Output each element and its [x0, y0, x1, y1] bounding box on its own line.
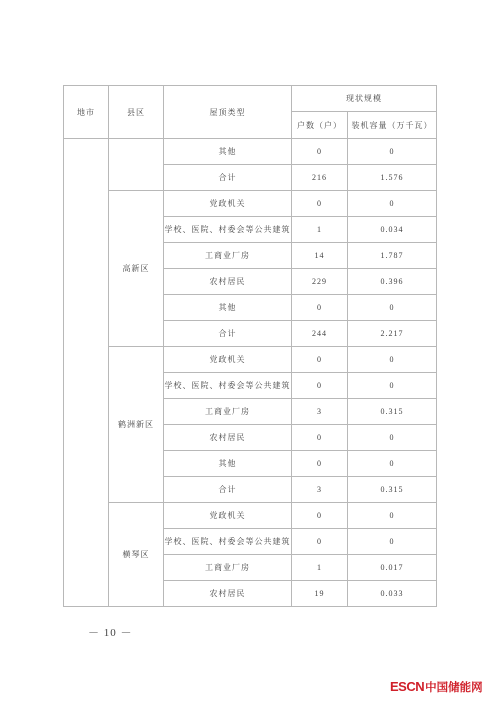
roof-type-cell: 合计 — [164, 321, 292, 347]
capacity-cell: 0 — [348, 139, 437, 165]
households-cell: 244 — [292, 321, 348, 347]
watermark-logo: ESCN中国储能网 — [390, 679, 483, 695]
roof-type-cell: 学校、医院、村委会等公共建筑 — [164, 373, 292, 399]
households-cell: 0 — [292, 373, 348, 399]
capacity-cell: 0 — [348, 373, 437, 399]
roof-type-cell: 党政机关 — [164, 191, 292, 217]
roof-type-cell: 农村居民 — [164, 581, 292, 607]
households-cell: 229 — [292, 269, 348, 295]
county-cell: 鹤洲新区 — [109, 347, 164, 503]
roof-type-cell: 学校、医院、村委会等公共建筑 — [164, 217, 292, 243]
households-cell: 0 — [292, 295, 348, 321]
county-cell: 横琴区 — [109, 503, 164, 607]
capacity-cell: 1.576 — [348, 165, 437, 191]
capacity-cell: 2.217 — [348, 321, 437, 347]
table-row: 鹤洲新区 党政机关 0 0 — [64, 347, 437, 373]
households-cell: 0 — [292, 347, 348, 373]
county-cell: 高新区 — [109, 191, 164, 347]
table-row: 横琴区 党政机关 0 0 — [64, 503, 437, 529]
capacity-cell: 0 — [348, 191, 437, 217]
roof-type-cell: 合计 — [164, 165, 292, 191]
capacity-cell: 0 — [348, 451, 437, 477]
capacity-cell: 0.315 — [348, 477, 437, 503]
roof-type-cell: 工商业厂房 — [164, 399, 292, 425]
households-cell: 1 — [292, 555, 348, 581]
roof-type-cell: 农村居民 — [164, 425, 292, 451]
page-number: － 10 － — [88, 624, 133, 640]
roof-type-cell: 学校、医院、村委会等公共建筑 — [164, 529, 292, 555]
pv-capacity-table: 地市 县区 屋顶类型 现状规模 户数（户） 装机容量（万千瓦） 其他 0 0 合… — [63, 85, 437, 607]
header-households: 户数（户） — [292, 112, 348, 139]
households-cell: 0 — [292, 191, 348, 217]
roof-type-cell: 工商业厂房 — [164, 243, 292, 269]
header-status-scale: 现状规模 — [292, 86, 437, 112]
header-roof-type: 屋顶类型 — [164, 86, 292, 139]
capacity-cell: 0.315 — [348, 399, 437, 425]
households-cell: 1 — [292, 217, 348, 243]
watermark-site-name: 中国储能网 — [425, 682, 483, 694]
roof-type-cell: 党政机关 — [164, 503, 292, 529]
households-cell: 0 — [292, 503, 348, 529]
watermark-brand: ESCN — [390, 679, 424, 694]
table-row: 高新区 党政机关 0 0 — [64, 191, 437, 217]
households-cell: 19 — [292, 581, 348, 607]
households-cell: 0 — [292, 451, 348, 477]
city-cell — [64, 139, 109, 607]
capacity-cell: 0 — [348, 295, 437, 321]
header-city: 地市 — [64, 86, 109, 139]
households-cell: 0 — [292, 529, 348, 555]
households-cell: 216 — [292, 165, 348, 191]
households-cell: 3 — [292, 399, 348, 425]
households-cell: 14 — [292, 243, 348, 269]
capacity-cell: 0 — [348, 347, 437, 373]
document-page: 地市 县区 屋顶类型 现状规模 户数（户） 装机容量（万千瓦） 其他 0 0 合… — [0, 0, 500, 707]
roof-type-cell: 其他 — [164, 295, 292, 321]
roof-type-cell: 其他 — [164, 139, 292, 165]
roof-type-cell: 合计 — [164, 477, 292, 503]
capacity-cell: 0 — [348, 529, 437, 555]
capacity-cell: 0.034 — [348, 217, 437, 243]
households-cell: 0 — [292, 139, 348, 165]
roof-type-cell: 党政机关 — [164, 347, 292, 373]
capacity-cell: 0.033 — [348, 581, 437, 607]
header-capacity: 装机容量（万千瓦） — [348, 112, 437, 139]
capacity-cell: 0.396 — [348, 269, 437, 295]
capacity-cell: 0 — [348, 425, 437, 451]
header-county: 县区 — [109, 86, 164, 139]
households-cell: 0 — [292, 425, 348, 451]
roof-type-cell: 其他 — [164, 451, 292, 477]
roof-type-cell: 农村居民 — [164, 269, 292, 295]
header-row: 地市 县区 屋顶类型 现状规模 — [64, 86, 437, 112]
capacity-cell: 0.017 — [348, 555, 437, 581]
county-cell — [109, 139, 164, 191]
capacity-cell: 0 — [348, 503, 437, 529]
households-cell: 3 — [292, 477, 348, 503]
table-row: 其他 0 0 — [64, 139, 437, 165]
roof-type-cell: 工商业厂房 — [164, 555, 292, 581]
capacity-cell: 1.787 — [348, 243, 437, 269]
